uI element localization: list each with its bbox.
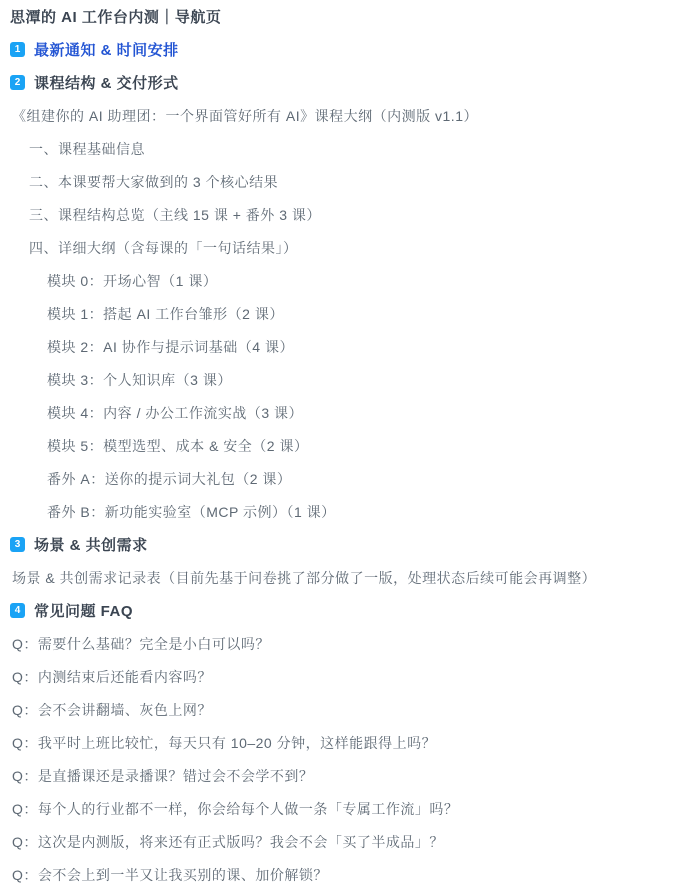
item-row: Q：是直播课还是录播课？错过会不会学不到？ bbox=[0, 759, 681, 792]
outline-item: 四、详细大纲（含每课的「一句话结果」） bbox=[29, 238, 298, 258]
outline-item: 三、课程结构总览（主线 15 课 + 番外 3 课） bbox=[29, 205, 321, 225]
section-heading-row: 1最新通知 & 时间安排 bbox=[0, 33, 681, 66]
outline-item: 模块 4：内容 / 办公工作流实战（3 课） bbox=[47, 403, 303, 423]
section-number-badge: 1 bbox=[10, 42, 25, 57]
item-row: 模块 1：搭起 AI 工作台雏形（2 课） bbox=[0, 297, 681, 330]
section-heading-link[interactable]: 最新通知 & 时间安排 bbox=[34, 39, 179, 60]
faq-item: Q：需要什么基础？完全是小白可以吗？ bbox=[12, 634, 270, 654]
faq-item: Q：会不会讲翻墙、灰色上网？ bbox=[12, 700, 212, 720]
faq-item: Q：会不会上到一半又让我买别的课、加价解锁？ bbox=[12, 865, 328, 885]
outline-item: 番外 A：送你的提示词大礼包（2 课） bbox=[47, 469, 291, 489]
item-row: 场景 & 共创需求记录表（目前先基于问卷挑了部分做了一版，处理状态后续可能会再调… bbox=[0, 561, 681, 594]
item-row: 模块 0：开场心智（1 课） bbox=[0, 264, 681, 297]
item-row: Q：会不会上到一半又让我买别的课、加价解锁？ bbox=[0, 858, 681, 891]
sections-container: 1最新通知 & 时间安排2课程结构 & 交付形式《组建你的 AI 助理团：一个界… bbox=[0, 33, 681, 891]
section-number-badge: 3 bbox=[10, 537, 25, 552]
item-row: Q：会不会讲翻墙、灰色上网？ bbox=[0, 693, 681, 726]
section-number-badge: 2 bbox=[10, 75, 25, 90]
section-heading: 常见问题 FAQ bbox=[34, 600, 133, 621]
item-row: 《组建你的 AI 助理团：一个界面管好所有 AI》课程大纲（内测版 v1.1） bbox=[0, 99, 681, 132]
section-heading: 课程结构 & 交付形式 bbox=[34, 72, 179, 93]
item-row: Q：这次是内测版，将来还有正式版吗？我会不会「买了半成品」？ bbox=[0, 825, 681, 858]
outline-item: 模块 1：搭起 AI 工作台雏形（2 课） bbox=[47, 304, 284, 324]
item-row: 模块 4：内容 / 办公工作流实战（3 课） bbox=[0, 396, 681, 429]
outline-item: 一、课程基础信息 bbox=[29, 139, 145, 159]
item-row: 模块 2：AI 协作与提示词基础（4 课） bbox=[0, 330, 681, 363]
item-row: 三、课程结构总览（主线 15 课 + 番外 3 课） bbox=[0, 198, 681, 231]
faq-item: Q：每个人的行业都不一样，你会给每个人做一条「专属工作流」吗？ bbox=[12, 799, 458, 819]
outline-item: 番外 B：新功能实验室（MCP 示例）（1 课） bbox=[47, 502, 336, 522]
item-row: 模块 5：模型选型、成本 & 安全（2 课） bbox=[0, 429, 681, 462]
item-row: 番外 A：送你的提示词大礼包（2 课） bbox=[0, 462, 681, 495]
title-row: 思潭的 AI 工作台内测｜导航页 bbox=[0, 0, 681, 33]
outline-item: 模块 0：开场心智（1 课） bbox=[47, 271, 217, 291]
item-row: Q：每个人的行业都不一样，你会给每个人做一条「专属工作流」吗？ bbox=[0, 792, 681, 825]
section-heading-row: 3场景 & 共创需求 bbox=[0, 528, 681, 561]
faq-item: Q：这次是内测版，将来还有正式版吗？我会不会「买了半成品」？ bbox=[12, 832, 444, 852]
document-page: 思潭的 AI 工作台内测｜导航页 1最新通知 & 时间安排2课程结构 & 交付形… bbox=[0, 0, 681, 891]
outline-item: 模块 2：AI 协作与提示词基础（4 课） bbox=[47, 337, 294, 357]
outline-item: 模块 5：模型选型、成本 & 安全（2 课） bbox=[47, 436, 308, 456]
outline-item: 模块 3：个人知识库（3 课） bbox=[47, 370, 232, 390]
section-heading-row: 4常见问题 FAQ bbox=[0, 594, 681, 627]
item-row: Q：内测结束后还能看内容吗？ bbox=[0, 660, 681, 693]
section-number-badge: 4 bbox=[10, 603, 25, 618]
item-row: 一、课程基础信息 bbox=[0, 132, 681, 165]
faq-item: Q：我平时上班比较忙，每天只有 10–20 分钟，这样能跟得上吗？ bbox=[12, 733, 436, 753]
section-heading: 场景 & 共创需求 bbox=[34, 534, 148, 555]
section-heading-row: 2课程结构 & 交付形式 bbox=[0, 66, 681, 99]
item-row: 二、本课要帮大家做到的 3 个核心结果 bbox=[0, 165, 681, 198]
item-row: 番外 B：新功能实验室（MCP 示例）（1 课） bbox=[0, 495, 681, 528]
outline-item: 二、本课要帮大家做到的 3 个核心结果 bbox=[29, 172, 278, 192]
outline-item: 场景 & 共创需求记录表（目前先基于问卷挑了部分做了一版，处理状态后续可能会再调… bbox=[12, 568, 596, 588]
item-row: 模块 3：个人知识库（3 课） bbox=[0, 363, 681, 396]
faq-item: Q：内测结束后还能看内容吗？ bbox=[12, 667, 212, 687]
item-row: 四、详细大纲（含每课的「一句话结果」） bbox=[0, 231, 681, 264]
item-row: Q：需要什么基础？完全是小白可以吗？ bbox=[0, 627, 681, 660]
outline-item: 《组建你的 AI 助理团：一个界面管好所有 AI》课程大纲（内测版 v1.1） bbox=[12, 106, 478, 126]
page-title: 思潭的 AI 工作台内测｜导航页 bbox=[10, 6, 221, 27]
faq-item: Q：是直播课还是录播课？错过会不会学不到？ bbox=[12, 766, 313, 786]
item-row: Q：我平时上班比较忙，每天只有 10–20 分钟，这样能跟得上吗？ bbox=[0, 726, 681, 759]
